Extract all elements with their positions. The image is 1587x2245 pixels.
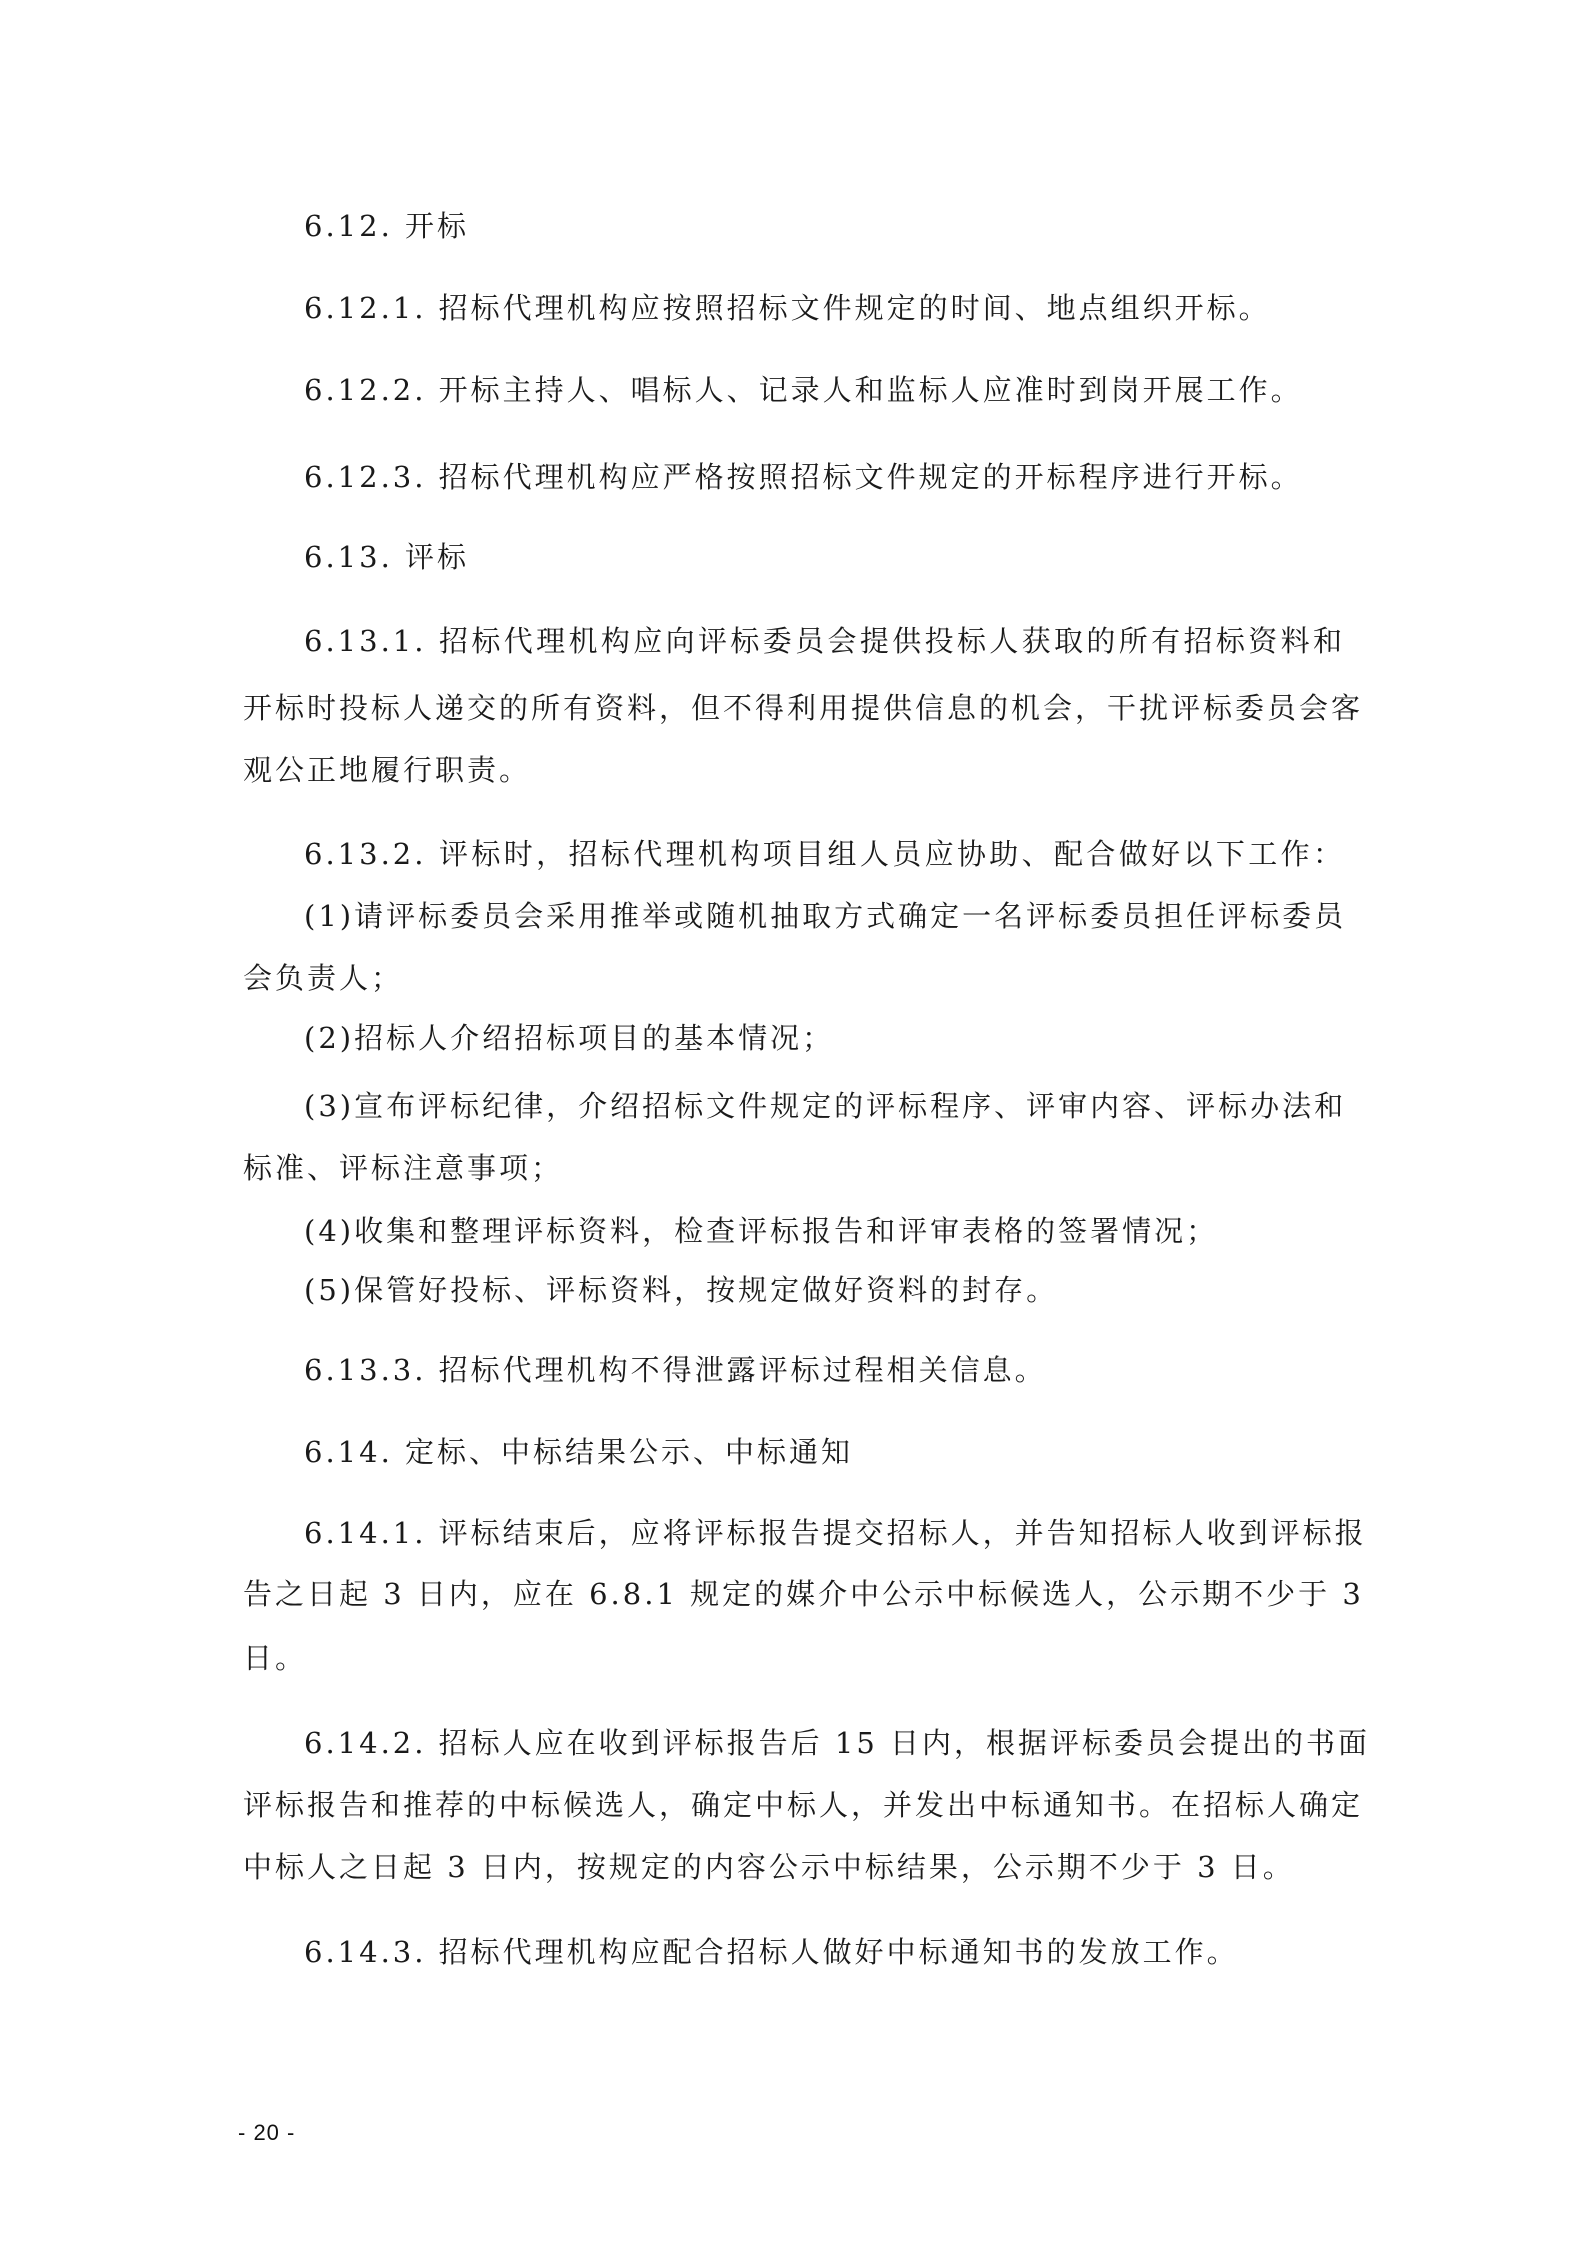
clause-6-13-1-line-3: 观公正地履行职责。 <box>243 750 1345 790</box>
clause-6-12-1: 6.12.1. 招标代理机构应按照招标文件规定的时间、地点组织开标。 <box>304 288 1345 328</box>
clause-6-14-1-line-1: 6.14.1. 评标结束后，应将评标报告提交招标人，并告知招标人收到评标报 <box>304 1513 1345 1553</box>
clause-6-13-2: 6.13.2. 评标时，招标代理机构项目组人员应协助、配合做好以下工作： <box>304 834 1345 874</box>
clause-6-13-1-line-2: 开标时投标人递交的所有资料，但不得利用提供信息的机会，干扰评标委员会客 <box>243 688 1345 728</box>
section-heading-6-12: 6.12. 开标 <box>304 206 1345 246</box>
section-heading-6-13: 6.13. 评标 <box>304 537 1345 577</box>
clause-6-12-3: 6.12.3. 招标代理机构应严格按照招标文件规定的开标程序进行开标。 <box>304 457 1345 497</box>
clause-6-14-2-line-3: 中标人之日起 3 日内，按规定的内容公示中标结果，公示期不少于 3 日。 <box>243 1847 1345 1887</box>
page-number: - 20 - <box>238 2120 295 2146</box>
clause-6-14-1-line-2: 告之日起 3 日内，应在 6.8.1 规定的媒介中公示中标候选人，公示期不少于 … <box>243 1574 1345 1614</box>
clause-6-13-1-line-1: 6.13.1. 招标代理机构应向评标委员会提供投标人获取的所有招标资料和 <box>304 621 1345 661</box>
clause-6-14-2-line-2: 评标报告和推荐的中标候选人，确定中标人，并发出中标通知书。在招标人确定 <box>243 1785 1345 1825</box>
list-item-3-line-1: (3)宣布评标纪律，介绍招标文件规定的评标程序、评审内容、评标办法和 <box>304 1086 1345 1126</box>
list-item-2: (2)招标人介绍招标项目的基本情况； <box>304 1018 1345 1058</box>
list-item-1-line-1: (1)请评标委员会采用推举或随机抽取方式确定一名评标委员担任评标委员 <box>304 896 1345 936</box>
list-item-1-line-2: 会负责人； <box>243 958 1345 998</box>
section-heading-6-14: 6.14. 定标、中标结果公示、中标通知 <box>304 1432 1345 1472</box>
list-item-4: (4)收集和整理评标资料，检查评标报告和评审表格的签署情况； <box>304 1211 1345 1251</box>
clause-6-12-2: 6.12.2. 开标主持人、唱标人、记录人和监标人应准时到岗开展工作。 <box>304 370 1345 410</box>
list-item-3-line-2: 标准、评标注意事项； <box>243 1148 1345 1188</box>
clause-6-13-3: 6.13.3. 招标代理机构不得泄露评标过程相关信息。 <box>304 1350 1345 1390</box>
clause-6-14-1-line-3: 日。 <box>243 1638 1345 1678</box>
clause-6-14-2-line-1: 6.14.2. 招标人应在收到评标报告后 15 日内，根据评标委员会提出的书面 <box>304 1723 1345 1763</box>
clause-6-14-3: 6.14.3. 招标代理机构应配合招标人做好中标通知书的发放工作。 <box>304 1932 1345 1972</box>
list-item-5: (5)保管好投标、评标资料，按规定做好资料的封存。 <box>304 1270 1345 1310</box>
document-page: 6.12. 开标 6.12.1. 招标代理机构应按照招标文件规定的时间、地点组织… <box>0 0 1587 2245</box>
